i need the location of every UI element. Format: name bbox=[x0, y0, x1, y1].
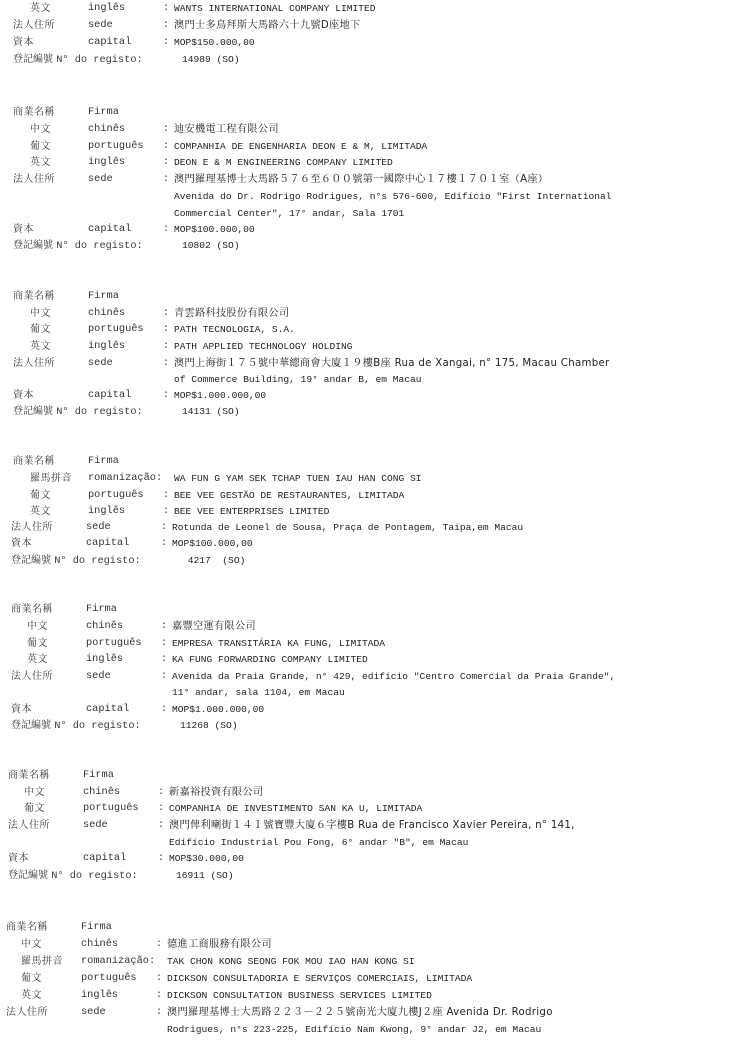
label-portugues-zh: 葡文 bbox=[30, 487, 51, 504]
entry-0-ingles-value: WANTS INTERNATIONAL COMPANY LIMITED bbox=[174, 0, 376, 17]
entry-2-sede-value: 澳門上海街１７５號中華總商會大廈１９樓B座 Rua de Xangai, n° … bbox=[174, 355, 610, 372]
label-registo-pt: N° do registo: bbox=[56, 54, 143, 66]
label-sede-zh: 法人住所 bbox=[13, 17, 55, 34]
entry-3-sede-row: 法人住所 sede : Rotunda de Leonel de Sousa, … bbox=[0, 519, 730, 536]
entry-1-firma-row: 商業名稱 Firma bbox=[0, 104, 730, 121]
label-registo-zh: 登記編號 bbox=[11, 720, 51, 731]
entry-0-registo-row: 登記編號 N° do registo: 14989 (SO) bbox=[0, 51, 730, 68]
label-firma-pt: Firma bbox=[81, 919, 112, 936]
colon: : bbox=[161, 651, 167, 668]
colon: : bbox=[163, 321, 169, 338]
entry-4-capital-value: MOP$1.000.000,00 bbox=[172, 701, 264, 718]
label-portugues-zh: 葡文 bbox=[27, 635, 48, 652]
label-firma-pt: Firma bbox=[88, 104, 119, 121]
label-registo: 登記編號 N° do registo: bbox=[11, 717, 141, 735]
label-chines-pt: chinês bbox=[88, 121, 125, 138]
entry-2-registo-value: 14131 (SO) bbox=[182, 403, 240, 420]
label-ingles-zh: 英文 bbox=[30, 154, 51, 171]
entry-1-registo-value: 10802 (SO) bbox=[182, 237, 240, 254]
label-portugues-pt: português bbox=[86, 635, 142, 652]
label-portugues-pt: português bbox=[81, 970, 137, 987]
entry-3-sede-value: Rotunda de Leonel de Sousa, Praça de Pon… bbox=[172, 519, 523, 536]
entry-2-sede-row: 法人住所 sede : 澳門上海街１７５號中華總商會大廈１９樓B座 Rua de… bbox=[0, 355, 730, 372]
entry-3-portugues-row: 葡文 português : BEE VEE GESTÃO DE RESTAUR… bbox=[0, 487, 730, 504]
label-firma-pt: Firma bbox=[86, 601, 117, 618]
entry-4-sede-row: 法人住所 sede : Avenida da Praia Grande, n° … bbox=[0, 668, 730, 685]
label-ingles-zh: 英文 bbox=[30, 338, 51, 355]
label-registo: 登記編號 N° do registo: bbox=[13, 51, 143, 69]
colon: : bbox=[156, 987, 162, 1004]
entry-5-sede-value: 澳門俾利喇街１４１號寶豐大廈６字樓B Rua de Francisco Xavi… bbox=[169, 817, 575, 834]
colon: : bbox=[163, 17, 169, 34]
label-sede-zh: 法人住所 bbox=[13, 355, 55, 372]
colon: : bbox=[163, 487, 169, 504]
entry-1-portugues-value: COMPANHIA DE ENGENHARIA DEON E & M, LIMI… bbox=[174, 138, 427, 155]
label-registo: 登記編號 N° do registo: bbox=[13, 403, 143, 421]
label-chines-pt: chinês bbox=[81, 936, 118, 953]
label-registo-zh: 登記編號 bbox=[11, 555, 51, 566]
label-registo-zh: 登記編號 bbox=[13, 240, 53, 251]
entry-2-chines-value: 青雲路科技股份有限公司 bbox=[174, 305, 289, 322]
label-registo-pt: N° do registo: bbox=[54, 720, 141, 732]
label-sede-pt: sede bbox=[88, 355, 113, 372]
colon: : bbox=[163, 387, 169, 404]
entry-2-ingles-value: PATH APPLIED TECHNOLOGY HOLDING bbox=[174, 338, 352, 355]
label-capital-zh: 資本 bbox=[8, 850, 29, 867]
label-capital-pt: capital bbox=[86, 701, 129, 718]
label-chines-zh: 中文 bbox=[27, 618, 48, 635]
entry-2-ingles-row: 英文 inglês : PATH APPLIED TECHNOLOGY HOLD… bbox=[0, 338, 730, 355]
entry-5-registo-value: 16911 (SO) bbox=[176, 867, 234, 884]
colon: : bbox=[156, 936, 162, 953]
entry-1-chines-row: 中文 chinês : 迪安機電工程有限公司 bbox=[0, 121, 730, 138]
entry-1-sede-cont-1: Avenida do Dr. Rodrigo Rodrigues, n°s 57… bbox=[174, 188, 612, 205]
label-registo-pt: N° do registo: bbox=[51, 870, 138, 882]
entry-4-ingles-value: KA FUNG FORWARDING COMPANY LIMITED bbox=[172, 651, 368, 668]
label-sede-pt: sede bbox=[86, 668, 111, 685]
entry-5-sede-cont-row: Edifício Industrial Pou Fong, 6° andar "… bbox=[0, 834, 730, 851]
entry-4-chines-value: 嘉豐空運有限公司 bbox=[172, 618, 256, 635]
label-capital-zh: 資本 bbox=[13, 387, 34, 404]
entry-1-ingles-value: DEON E & M ENGINEERING COMPANY LIMITED bbox=[174, 154, 393, 171]
entry-6-sede-cont-1: Rodrigues, n°s 223-225, Edifício Nam Kwo… bbox=[167, 1021, 541, 1038]
entry-3-capital-value: MOP$100.000,00 bbox=[172, 535, 253, 552]
label-sede-zh: 法人住所 bbox=[8, 817, 50, 834]
entry-2-capital-value: MOP$1.000.000,00 bbox=[174, 387, 266, 404]
entry-1-registo-row: 登記編號 N° do registo: 10802 (SO) bbox=[0, 237, 730, 254]
label-chines-zh: 中文 bbox=[24, 784, 45, 801]
label-sede-zh: 法人住所 bbox=[6, 1004, 48, 1021]
entry-1-capital-row: 資本 capital : MOP$100.000,00 bbox=[0, 221, 730, 238]
entry-1-capital-value: MOP$100.000,00 bbox=[174, 221, 255, 238]
entry-6-chines-row: 中文 chinês : 德進工商服務有限公司 bbox=[0, 936, 730, 953]
colon: : bbox=[161, 618, 167, 635]
entry-4-chines-row: 中文 chinês : 嘉豐空運有限公司 bbox=[0, 618, 730, 635]
entry-3-registo-value: 4217 (SO) bbox=[182, 552, 245, 569]
colon: : bbox=[163, 138, 169, 155]
label-firma-zh: 商業名稱 bbox=[13, 288, 55, 305]
colon: : bbox=[161, 701, 167, 718]
entry-1-portugues-row: 葡文 português : COMPANHIA DE ENGENHARIA D… bbox=[0, 138, 730, 155]
entry-5-sede-row: 法人住所 sede : 澳門俾利喇街１４１號寶豐大廈６字樓B Rua de Fr… bbox=[0, 817, 730, 834]
colon: : bbox=[158, 800, 164, 817]
label-sede-zh: 法人住所 bbox=[11, 519, 53, 536]
entry-6-portugues-value: DICKSON CONSULTADORIA E SERVIÇOS COMERCI… bbox=[167, 970, 472, 987]
entry-5-chines-row: 中文 chinês : 新嘉裕投資有限公司 bbox=[0, 784, 730, 801]
label-ingles-pt: inglês bbox=[88, 0, 125, 17]
label-capital-pt: capital bbox=[86, 535, 129, 552]
entry-2-portugues-value: PATH TECNOLOGIA, S.A. bbox=[174, 321, 295, 338]
label-romanizacao-pt: romanização: bbox=[81, 953, 155, 970]
label-firma-zh: 商業名稱 bbox=[11, 601, 53, 618]
label-capital-pt: capital bbox=[88, 221, 131, 238]
entry-1-sede-cont-2: Commercial Center", 17° andar, Sala 1701 bbox=[174, 205, 404, 222]
entry-4-sede-cont-row: 11° andar, sala 1104, em Macau bbox=[0, 684, 730, 701]
label-sede-pt: sede bbox=[88, 17, 113, 34]
label-sede-pt: sede bbox=[83, 817, 108, 834]
label-portugues-pt: português bbox=[88, 138, 144, 155]
colon: : bbox=[163, 305, 169, 322]
colon: : bbox=[163, 355, 169, 372]
label-sede-zh: 法人住所 bbox=[13, 171, 55, 188]
colon: : bbox=[163, 171, 169, 188]
label-sede-pt: sede bbox=[81, 1004, 106, 1021]
label-registo: 登記編號 N° do registo: bbox=[13, 237, 143, 255]
label-ingles-pt: inglês bbox=[88, 154, 125, 171]
label-chines-zh: 中文 bbox=[30, 121, 51, 138]
label-firma-zh: 商業名稱 bbox=[8, 767, 50, 784]
label-capital-pt: capital bbox=[88, 34, 131, 51]
label-capital-zh: 資本 bbox=[13, 221, 34, 238]
entry-3-ingles-row: 英文 inglês : BEE VEE ENTERPRISES LIMITED bbox=[0, 503, 730, 520]
entry-3-registo-row: 登記編號 N° do registo: 4217 (SO) bbox=[0, 552, 730, 569]
colon: : bbox=[163, 221, 169, 238]
label-registo-zh: 登記編號 bbox=[13, 54, 53, 65]
colon: : bbox=[158, 850, 164, 867]
label-ingles-pt: inglês bbox=[88, 338, 125, 355]
label-portugues-pt: português bbox=[88, 321, 144, 338]
entry-2-sede-cont-1: of Commerce Building, 19° andar B, em Ma… bbox=[174, 371, 422, 388]
entry-1-sede-row: 法人住所 sede : 澳門羅理基博士大馬路５７６至６００號第一國際中心１７樓１… bbox=[0, 171, 730, 188]
colon: : bbox=[156, 970, 162, 987]
label-chines-zh: 中文 bbox=[21, 936, 42, 953]
entry-4-sede-cont-1: 11° andar, sala 1104, em Macau bbox=[172, 684, 345, 701]
colon: : bbox=[161, 668, 167, 685]
entry-0-registo-value: 14989 (SO) bbox=[182, 51, 240, 68]
label-chines-pt: chinês bbox=[83, 784, 120, 801]
label-capital-zh: 資本 bbox=[11, 701, 32, 718]
label-ingles-pt: inglês bbox=[88, 503, 125, 520]
label-firma-pt: Firma bbox=[88, 288, 119, 305]
registry-page: 英文 inglês : WANTS INTERNATIONAL COMPANY … bbox=[0, 0, 730, 1052]
entry-6-ingles-value: DICKSON CONSULTATION BUSINESS SERVICES L… bbox=[167, 987, 432, 1004]
label-sede-zh: 法人住所 bbox=[11, 668, 53, 685]
entry-2-firma-row: 商業名稱 Firma bbox=[0, 288, 730, 305]
entry-5-sede-cont-1: Edifício Industrial Pou Fong, 6° andar "… bbox=[169, 834, 468, 851]
label-registo-pt: N° do registo: bbox=[56, 240, 143, 252]
entry-6-romanizacao-value: TAK CHON KONG SEONG FOK MOU IAO HAN KONG… bbox=[167, 953, 415, 970]
label-sede-pt: sede bbox=[88, 171, 113, 188]
label-chines-pt: chinês bbox=[86, 618, 123, 635]
entry-2-chines-row: 中文 chinês : 青雲路科技股份有限公司 bbox=[0, 305, 730, 322]
label-portugues-zh: 葡文 bbox=[30, 138, 51, 155]
colon: : bbox=[158, 817, 164, 834]
entry-1-ingles-row: 英文 inglês : DEON E & M ENGINEERING COMPA… bbox=[0, 154, 730, 171]
colon: : bbox=[156, 1004, 162, 1021]
entry-6-sede-cont-row: Rodrigues, n°s 223-225, Edifício Nam Kwo… bbox=[0, 1021, 730, 1038]
label-portugues-zh: 葡文 bbox=[21, 970, 42, 987]
entry-2-registo-row: 登記編號 N° do registo: 14131 (SO) bbox=[0, 403, 730, 420]
label-firma-pt: Firma bbox=[88, 453, 119, 470]
entry-4-firma-row: 商業名稱 Firma bbox=[0, 601, 730, 618]
entry-3-ingles-value: BEE VEE ENTERPRISES LIMITED bbox=[174, 503, 329, 520]
colon: : bbox=[163, 154, 169, 171]
entry-4-registo-row: 登記編號 N° do registo: 11268 (SO) bbox=[0, 717, 730, 734]
entry-0-ingles-row: 英文 inglês : WANTS INTERNATIONAL COMPANY … bbox=[0, 0, 730, 17]
label-firma-zh: 商業名稱 bbox=[6, 919, 48, 936]
colon: : bbox=[163, 503, 169, 520]
colon: : bbox=[161, 519, 167, 536]
label-capital-pt: capital bbox=[83, 850, 126, 867]
entry-6-sede-row: 法人住所 sede : 澳門羅理基博士大馬路２２３－２２５號南光大廈九樓J２座 … bbox=[0, 1004, 730, 1021]
colon: : bbox=[158, 784, 164, 801]
entry-5-firma-row: 商業名稱 Firma bbox=[0, 767, 730, 784]
entry-1-sede-cont-row: Avenida do Dr. Rodrigo Rodrigues, n°s 57… bbox=[0, 188, 730, 205]
entry-2-portugues-row: 葡文 português : PATH TECNOLOGIA, S.A. bbox=[0, 321, 730, 338]
label-registo-zh: 登記編號 bbox=[13, 406, 53, 417]
label-portugues-zh: 葡文 bbox=[24, 800, 45, 817]
colon: : bbox=[161, 635, 167, 652]
label-sede-pt: sede bbox=[86, 519, 111, 536]
entry-0-sede-row: 法人住所 sede : 澳門士多鳥拜斯大馬路六十九號D座地下 bbox=[0, 17, 730, 34]
entry-4-portugues-row: 葡文 português : EMPRESA TRANSITÁRIA KA FU… bbox=[0, 635, 730, 652]
label-registo: 登記編號 N° do registo: bbox=[11, 552, 141, 570]
entry-3-capital-row: 資本 capital : MOP$100.000,00 bbox=[0, 535, 730, 552]
entry-6-sede-value: 澳門羅理基博士大馬路２２３－２２５號南光大廈九樓J２座 Avenida Dr. … bbox=[167, 1004, 553, 1021]
colon: : bbox=[163, 338, 169, 355]
entry-1-sede-cont-row: Commercial Center", 17° andar, Sala 1701 bbox=[0, 205, 730, 222]
entry-4-capital-row: 資本 capital : MOP$1.000.000,00 bbox=[0, 701, 730, 718]
label-firma-zh: 商業名稱 bbox=[13, 104, 55, 121]
entry-6-chines-value: 德進工商服務有限公司 bbox=[167, 936, 272, 953]
entry-5-capital-row: 資本 capital : MOP$30.000,00 bbox=[0, 850, 730, 867]
entry-4-portugues-value: EMPRESA TRANSITÁRIA KA FUNG, LIMITADA bbox=[172, 635, 385, 652]
entry-6-romanizacao-row: 羅馬拼音 romanização: TAK CHON KONG SEONG FO… bbox=[0, 953, 730, 970]
entry-5-portugues-value: COMPANHIA DE INVESTIMENTO SAN KA U, LIMI… bbox=[169, 800, 422, 817]
label-portugues-pt: português bbox=[83, 800, 139, 817]
label-romanizacao-zh: 羅馬拼音 bbox=[30, 470, 72, 487]
label-capital-zh: 資本 bbox=[11, 535, 32, 552]
label-ingles-zh: 英文 bbox=[27, 651, 48, 668]
label-portugues-zh: 葡文 bbox=[30, 321, 51, 338]
entry-2-capital-row: 資本 capital : MOP$1.000.000,00 bbox=[0, 387, 730, 404]
entry-4-registo-value: 11268 (SO) bbox=[180, 717, 238, 734]
entry-5-chines-value: 新嘉裕投資有限公司 bbox=[169, 784, 263, 801]
entry-0-capital-row: 資本 capital : MOP$150.000,00 bbox=[0, 34, 730, 51]
label-chines-pt: chinês bbox=[88, 305, 125, 322]
colon: : bbox=[163, 0, 169, 17]
entry-3-romanizacao-value: WA FUN G YAM SEK TCHAP TUEN IAU HAN CONG… bbox=[174, 470, 422, 487]
label-firma-pt: Firma bbox=[83, 767, 114, 784]
colon: : bbox=[163, 34, 169, 51]
label-romanizacao-zh: 羅馬拼音 bbox=[21, 953, 63, 970]
label-ingles-zh: 英文 bbox=[30, 503, 51, 520]
label-capital-zh: 資本 bbox=[13, 34, 34, 51]
label-registo-zh: 登記編號 bbox=[8, 870, 48, 881]
entry-3-firma-row: 商業名稱 Firma bbox=[0, 453, 730, 470]
entry-5-portugues-row: 葡文 português : COMPANHIA DE INVESTIMENTO… bbox=[0, 800, 730, 817]
label-ingles-pt: inglês bbox=[81, 987, 118, 1004]
colon: : bbox=[161, 535, 167, 552]
label-romanizacao-pt: romanização: bbox=[88, 470, 162, 487]
label-ingles-zh: 英文 bbox=[21, 987, 42, 1004]
entry-6-ingles-row: 英文 inglês : DICKSON CONSULTATION BUSINES… bbox=[0, 987, 730, 1004]
label-registo-pt: N° do registo: bbox=[56, 406, 143, 418]
label-chines-zh: 中文 bbox=[30, 305, 51, 322]
entry-3-portugues-value: BEE VEE GESTÃO DE RESTAURANTES, LIMITADA bbox=[174, 487, 404, 504]
entry-1-sede-value: 澳門羅理基博士大馬路５７６至６００號第一國際中心１７樓１７０１室（A座） bbox=[174, 171, 548, 188]
entry-2-sede-cont-row: of Commerce Building, 19° andar B, em Ma… bbox=[0, 371, 730, 388]
entry-0-sede-value: 澳門士多鳥拜斯大馬路六十九號D座地下 bbox=[174, 17, 360, 34]
entry-4-ingles-row: 英文 inglês : KA FUNG FORWARDING COMPANY L… bbox=[0, 651, 730, 668]
entry-6-portugues-row: 葡文 português : DICKSON CONSULTADORIA E S… bbox=[0, 970, 730, 987]
label-portugues-pt: português bbox=[88, 487, 144, 504]
entry-6-firma-row: 商業名稱 Firma bbox=[0, 919, 730, 936]
entry-3-romanizacao-row: 羅馬拼音 romanização: WA FUN G YAM SEK TCHAP… bbox=[0, 470, 730, 487]
label-registo: 登記編號 N° do registo: bbox=[8, 867, 138, 885]
label-ingles-pt: inglês bbox=[86, 651, 123, 668]
label-ingles-zh: 英文 bbox=[30, 0, 51, 17]
entry-5-registo-row: 登記編號 N° do registo: 16911 (SO) bbox=[0, 867, 730, 884]
entry-4-sede-value: Avenida da Praia Grande, n° 429, edifíci… bbox=[172, 668, 615, 685]
label-firma-zh: 商業名稱 bbox=[13, 453, 55, 470]
colon: : bbox=[163, 121, 169, 138]
label-capital-pt: capital bbox=[88, 387, 131, 404]
entry-5-capital-value: MOP$30.000,00 bbox=[169, 850, 244, 867]
label-registo-pt: N° do registo: bbox=[54, 555, 141, 567]
entry-0-capital-value: MOP$150.000,00 bbox=[174, 34, 255, 51]
entry-1-chines-value: 迪安機電工程有限公司 bbox=[174, 121, 279, 138]
